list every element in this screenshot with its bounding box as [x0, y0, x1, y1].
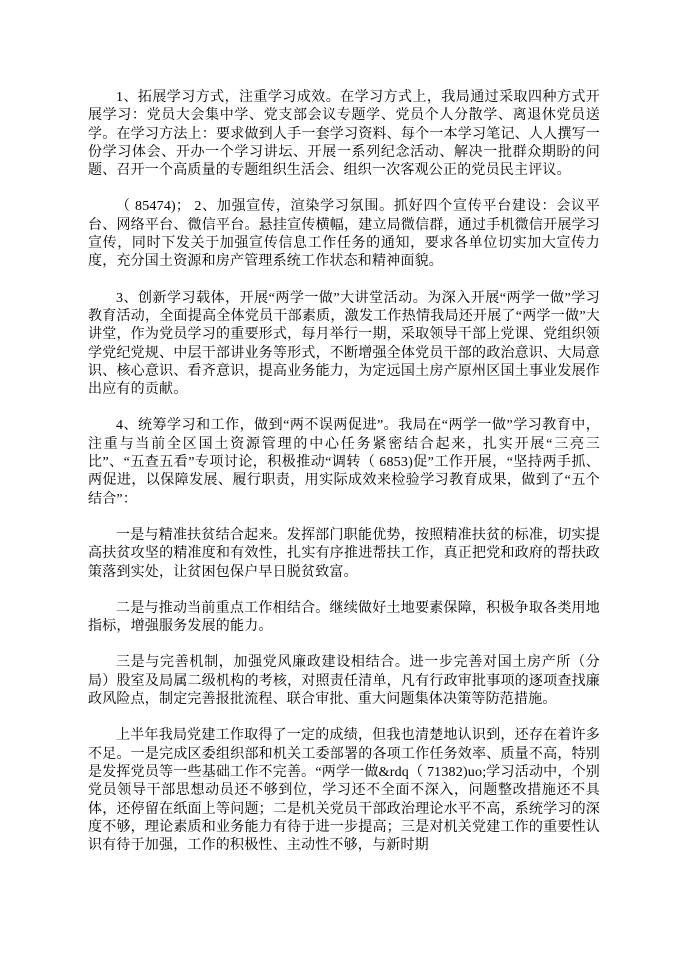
paragraph-strengthen-publicity: （ 85474)； 2、加强宣传，渲染学习氛围。抓好四个宣传平台建设：会议平台、…	[88, 198, 600, 271]
paragraph-expand-learning-methods: 1、拓展学习方式，注重学习成效。在学习方式上，我局通过采取四种方式开展学习：党员…	[88, 89, 600, 180]
document-page: { "page": { "background_color": "#ffffff…	[0, 0, 690, 976]
paragraph-coordinate-learning-work: 4、统筹学习和工作，做到“两不误两促进”。我局在“两学一做”学习教育中，注重与当…	[88, 417, 600, 508]
paragraph-combine-mechanism: 三是与完善机制，加强党风廉政建设相结合。进一步完善对国土房产所（分局）股室及局属…	[88, 654, 600, 709]
paragraph-combine-key-work: 二是与推动当前重点工作相结合。继续做好土地要素保障，积极争取各类用地指标，增强服…	[88, 600, 600, 637]
document-body: 1、拓展学习方式，注重学习成效。在学习方式上，我局通过采取四种方式开展学习：党员…	[0, 0, 690, 976]
paragraph-innovate-learning-carrier: 3、创新学习载体，开展“两学一做”大讲堂活动。为深入开展“两学一做”学习教育活动…	[88, 290, 600, 400]
paragraph-shortcomings-summary: 上半年我局党建工作取得了一定的成绩，但我也清楚地认识到，还存在着许多不足。一是完…	[88, 727, 600, 855]
paragraph-combine-poverty-alleviation: 一是与精准扶贫结合起来。发挥部门职能优势，按照精准扶贫的标准，切实提高扶贫攻坚的…	[88, 527, 600, 582]
